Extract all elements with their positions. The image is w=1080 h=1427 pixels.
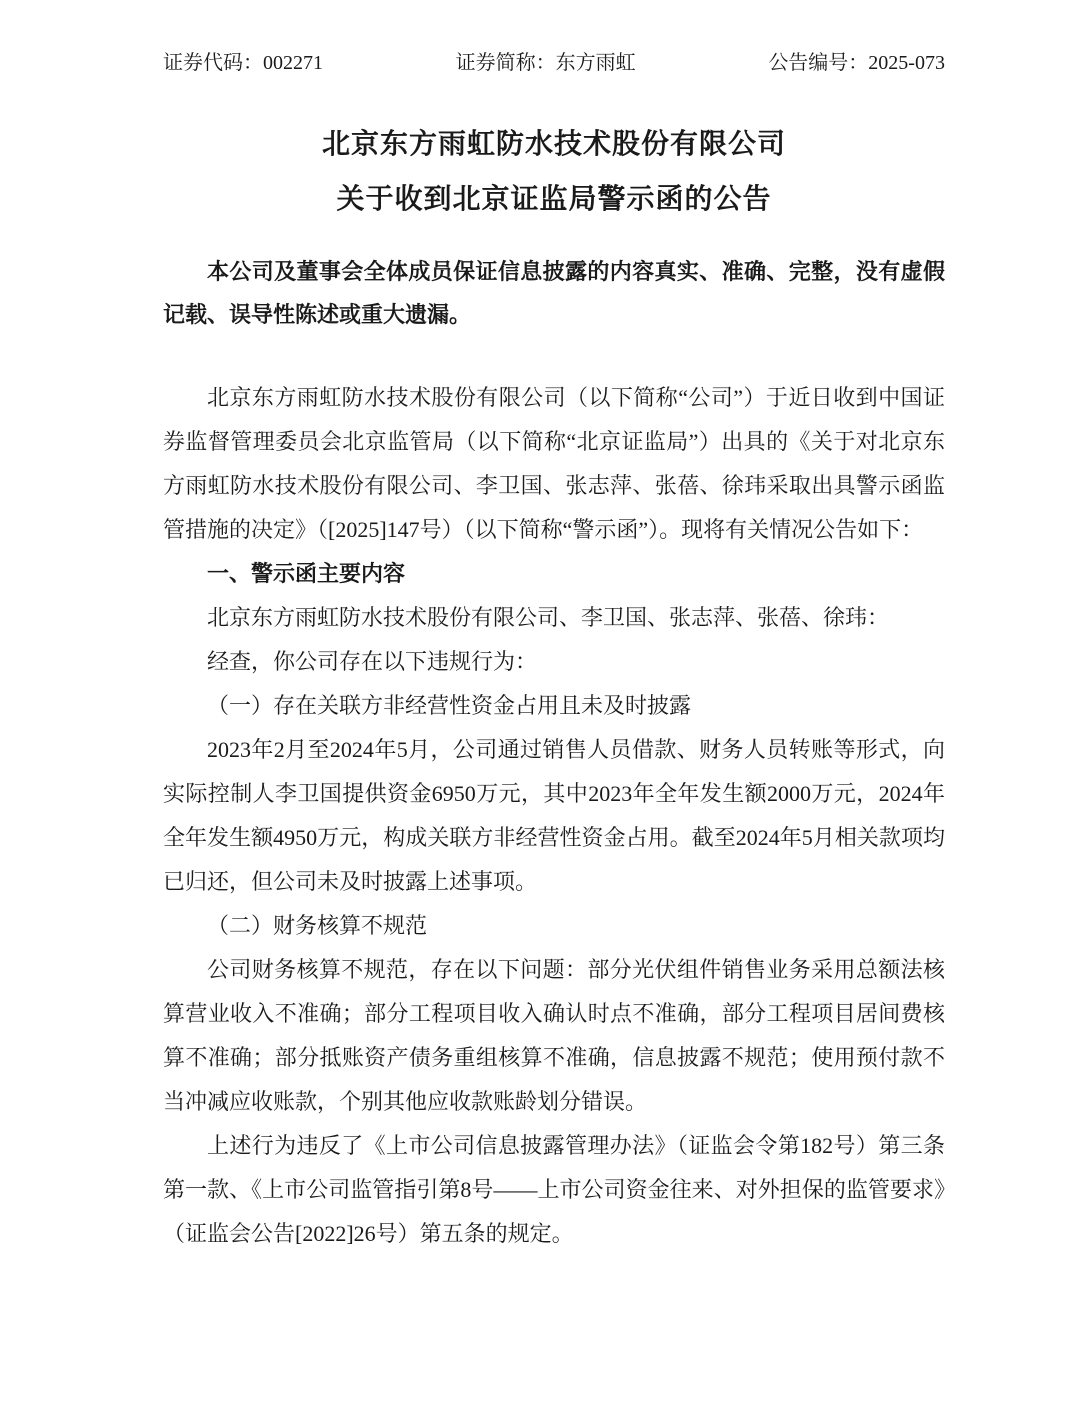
investigation-lead-line: 经查，你公司存在以下违规行为： xyxy=(163,640,945,684)
violation-1-heading: （一）存在关联方非经营性资金占用且未及时披露 xyxy=(163,684,945,728)
document-body: 北京东方雨虹防水技术股份有限公司（以下简称“公司”）于近日收到中国证券监督管理委… xyxy=(163,376,945,1256)
addressee-line: 北京东方雨虹防水技术股份有限公司、李卫国、张志萍、张蓓、徐玮： xyxy=(163,596,945,640)
page-title-subject: 关于收到北京证监局警示函的公告 xyxy=(163,180,945,220)
violation-2-heading: （二）财务核算不规范 xyxy=(163,904,945,948)
stock-short-name-label: 证券简称：东方雨虹 xyxy=(456,49,636,77)
announcement-page: 证券代码：002271 证券简称：东方雨虹 公告编号：2025-073 北京东方… xyxy=(0,0,1080,1427)
page-title-company-name: 北京东方雨虹防水技术股份有限公司 xyxy=(163,125,945,165)
violation-1-detail-paragraph: 2023年2月至2024年5月，公司通过销售人员借款、财务人员转账等形式，向实际… xyxy=(163,728,945,904)
section-heading-warning-letter-content: 一、警示函主要内容 xyxy=(163,552,945,596)
announcement-number-label: 公告编号：2025-073 xyxy=(768,49,945,77)
violation-2-detail-paragraph: 公司财务核算不规范，存在以下问题：部分光伏组件销售业务采用总额法核算营业收入不准… xyxy=(163,948,945,1124)
board-declaration-paragraph: 本公司及董事会全体成员保证信息披露的内容真实、准确、完整，没有虚假记载、误导性陈… xyxy=(163,250,945,336)
document-header: 证券代码：002271 证券简称：东方雨虹 公告编号：2025-073 xyxy=(163,49,945,77)
intro-paragraph: 北京东方雨虹防水技术股份有限公司（以下简称“公司”）于近日收到中国证券监督管理委… xyxy=(163,376,945,552)
regulation-violation-paragraph: 上述行为违反了《上市公司信息披露管理办法》（证监会令第182号）第三条第一款、《… xyxy=(163,1124,945,1256)
page-content: 证券代码：002271 证券简称：东方雨虹 公告编号：2025-073 北京东方… xyxy=(163,0,945,1256)
stock-code-label: 证券代码：002271 xyxy=(163,49,323,77)
